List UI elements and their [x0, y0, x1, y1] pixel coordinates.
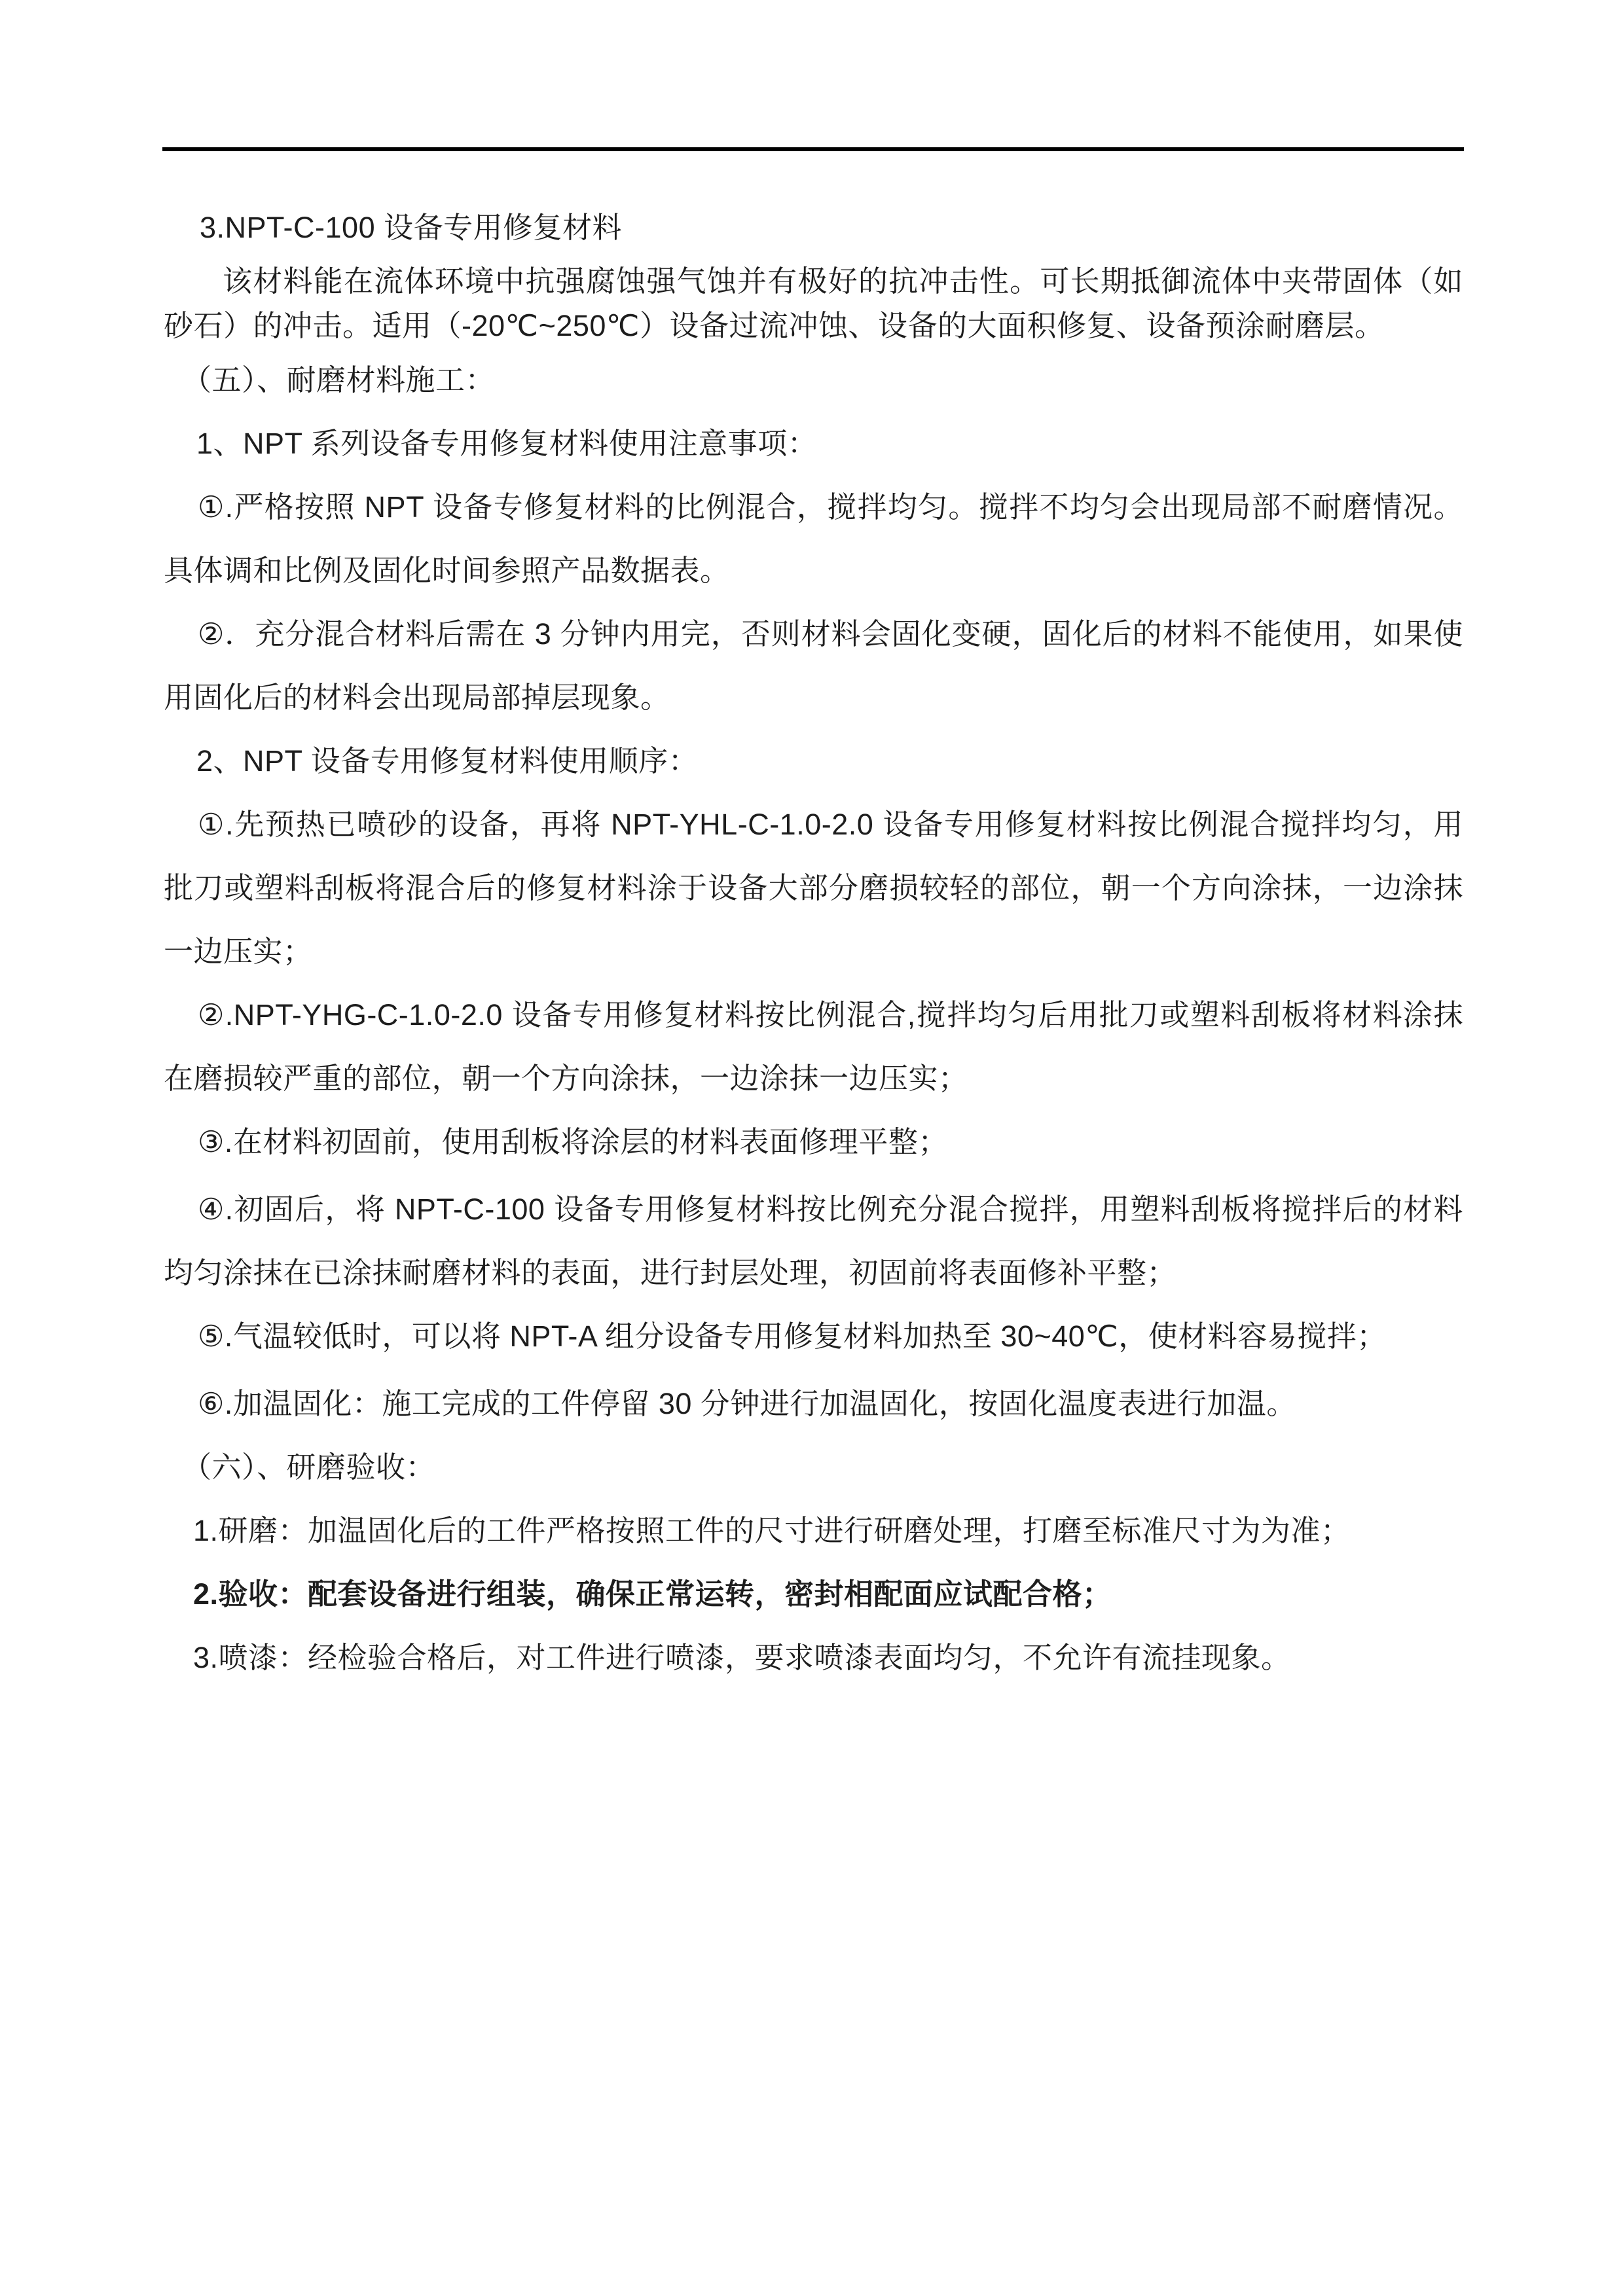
- step-circle-6: ⑥.加温固化：施工完成的工件停留 30 分钟进行加温固化，按固化温度表进行加温。: [164, 1372, 1463, 1435]
- note-circle-1: ①.严格按照 NPT 设备专修复材料的比例混合，搅拌均匀。搅拌不均匀会出现局部不…: [164, 475, 1463, 602]
- section-5-heading: （五）、耐磨材料施工：: [164, 348, 1463, 412]
- numbered-item-sequence: 2、NPT 设备专用修复材料使用顺序：: [164, 729, 1463, 793]
- accept-item-grinding: 1.研磨：加温固化后的工件严格按照工件的尺寸进行研磨处理，打磨至标准尺寸为为准；: [164, 1499, 1463, 1562]
- accept-item-painting: 3.喷漆：经检验合格后，对工件进行喷漆，要求喷漆表面均匀，不允许有流挂现象。: [164, 1626, 1463, 1689]
- document-body: 3.NPT-C-100 设备专用修复材料 该材料能在流体环境中抗强腐蚀强气蚀并有…: [164, 196, 1463, 1689]
- document-page: 3.NPT-C-100 设备专用修复材料 该材料能在流体环境中抗强腐蚀强气蚀并有…: [0, 0, 1623, 2296]
- intro-paragraph: 该材料能在流体环境中抗强腐蚀强气蚀并有极好的抗冲击性。可长期抵御流体中夹带固体（…: [164, 259, 1463, 348]
- step-circle-4: ④.初固后，将 NPT-C-100 设备专用修复材料按比例充分混合搅拌，用塑料刮…: [164, 1177, 1463, 1304]
- step-circle-2: ②.NPT-YHG-C-1.0-2.0 设备专用修复材料按比例混合,搅拌均匀后用…: [164, 983, 1463, 1110]
- step-circle-1: ①.先预热已喷砂的设备，再将 NPT-YHL-C-1.0-2.0 设备专用修复材…: [164, 793, 1463, 983]
- header-divider-rule: [162, 147, 1464, 151]
- step-circle-5: ⑤.气温较低时，可以将 NPT-A 组分设备专用修复材料加热至 30~40℃，使…: [164, 1304, 1463, 1368]
- note-circle-2: ②．充分混合材料后需在 3 分钟内用完，否则材料会固化变硬，固化后的材料不能使用…: [164, 602, 1463, 729]
- numbered-item-notes: 1、NPT 系列设备专用修复材料使用注意事项：: [164, 412, 1463, 475]
- section-6-heading: （六）、研磨验收：: [164, 1435, 1463, 1499]
- heading-material-3: 3.NPT-C-100 设备专用修复材料: [164, 196, 1463, 259]
- accept-item-acceptance: 2.验收：配套设备进行组装，确保正常运转，密封相配面应试配合格；: [164, 1562, 1463, 1626]
- step-circle-3: ③.在材料初固前，使用刮板将涂层的材料表面修理平整；: [164, 1110, 1463, 1174]
